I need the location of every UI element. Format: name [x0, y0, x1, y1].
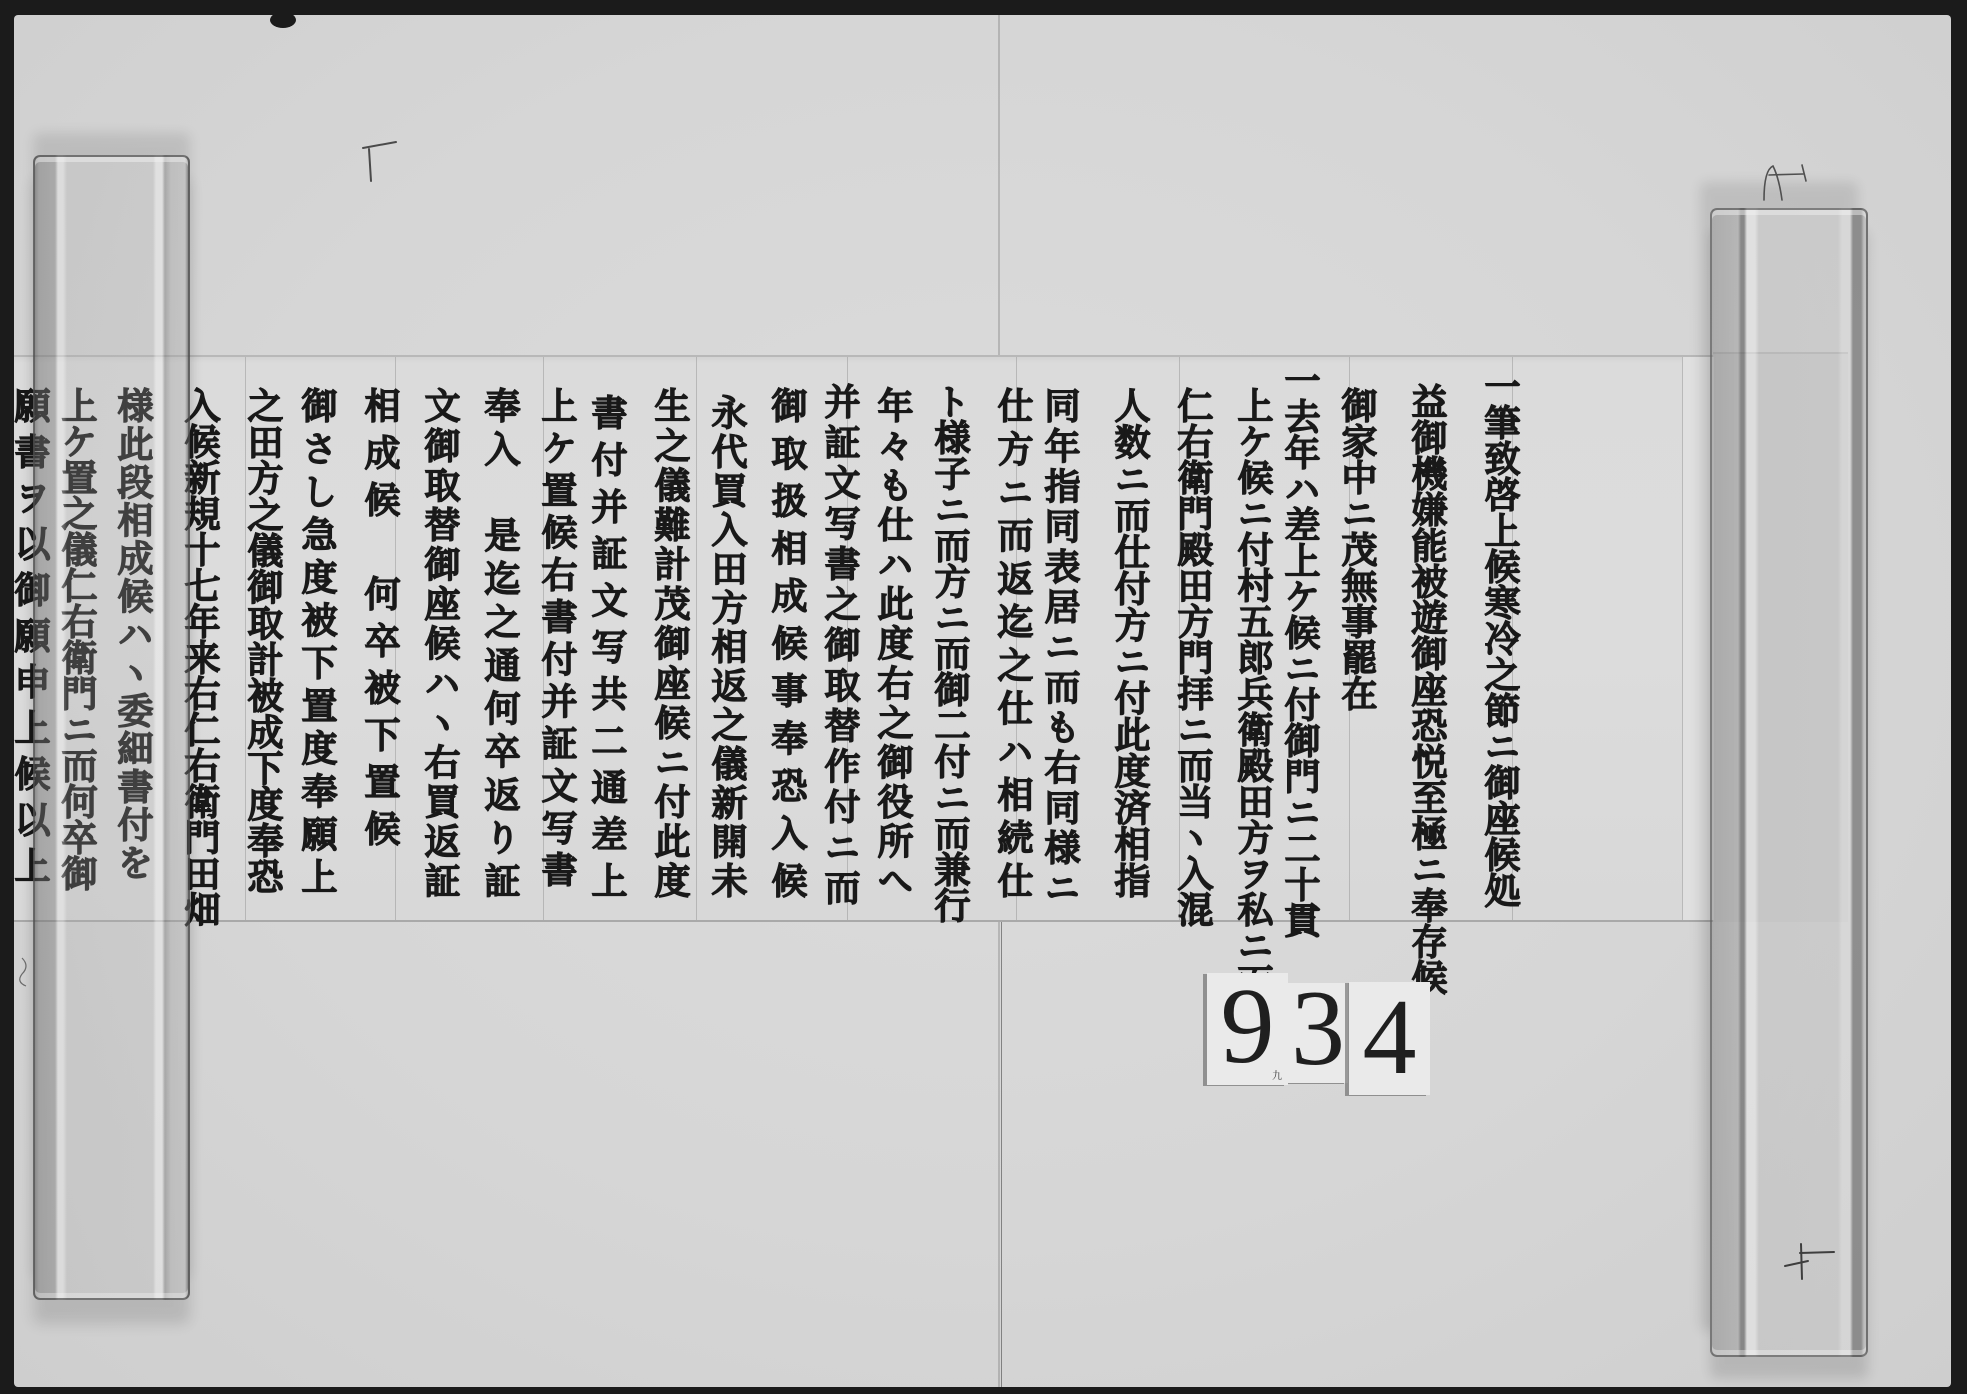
number-card-4: 4	[1349, 982, 1430, 1095]
text-column: 御さし急度被下置度奉願上	[295, 387, 339, 894]
kanji-note: 九	[1272, 1067, 1282, 1082]
digit: 3	[1288, 983, 1348, 1079]
text-column: 相成候 何卒被下置候	[358, 387, 402, 846]
text-column: 奉入 是迄之通何卒返り証	[478, 387, 522, 898]
text-column: ト様子ニ而方ニ而御二付ニ而兼行	[928, 383, 972, 887]
mount-crease-lower	[1001, 922, 1002, 1394]
digit: 4	[1349, 988, 1430, 1088]
text-column: 生之儀難計茂御座候ニ付此度	[648, 387, 692, 898]
text-column: 書付并証文写共二通差上	[585, 394, 629, 898]
glass-weight-right	[1710, 208, 1868, 1357]
text-column: 并証文写書之御取替作付ニ而	[818, 383, 862, 905]
photograph-frame: 一筆致啓上候寒冷之節ニ御座候処 益御機嫌能被遊御座恐悦至極ニ奉存候 御家中ニ茂無…	[0, 0, 1967, 1394]
text-column: 御取扱相成候事奉恐入候	[765, 387, 809, 898]
text-column: 御家中ニ茂無事罷在	[1335, 387, 1379, 633]
number-card-3: 3	[1288, 983, 1348, 1083]
text-column: 同年指同表居ニ而も右同様ニ	[1038, 387, 1082, 905]
text-column: 上ケ候ニ付村五郎兵衛殿田方ヲ私ニ而	[1231, 387, 1275, 898]
text-column: 之田方之儀御取計被成下度奉恐	[241, 387, 285, 894]
photo-content: 一筆致啓上候寒冷之節ニ御座候処 益御機嫌能被遊御座恐悦至極ニ奉存候 御家中ニ茂無…	[0, 0, 1967, 1394]
text-column: 一去年ハ差上ケ候ニ付御門ニ二十貫	[1278, 362, 1322, 909]
glass-weight-left	[33, 155, 190, 1300]
digit: 9	[1207, 977, 1288, 1077]
text-column: 上ケ置候右書付并証文写書	[535, 387, 579, 887]
fold-line	[696, 357, 697, 920]
text-column: 年々も仕ハ此度右之御役所へ	[871, 387, 915, 898]
text-column: 永代買入田方相返之儀新開未	[705, 394, 749, 898]
text-column: 人数ニ而仕付方ニ付此度済相指	[1108, 387, 1152, 898]
number-card-9: 9 九	[1207, 973, 1288, 1085]
text-column: 仕方ニ而返迄之仕ハ相続仕	[991, 387, 1035, 898]
text-column: 文御取替御座候ハヽ右買返証	[418, 387, 462, 898]
text-column: 益御機嫌能被遊御座恐悦至極ニ奉存候	[1405, 383, 1449, 898]
text-column: 一筆致啓上候寒冷之節ニ御座候処	[1478, 368, 1522, 887]
text-column: 仁右衛門殿田方門拝ニ而当ヽ入混	[1171, 387, 1215, 887]
